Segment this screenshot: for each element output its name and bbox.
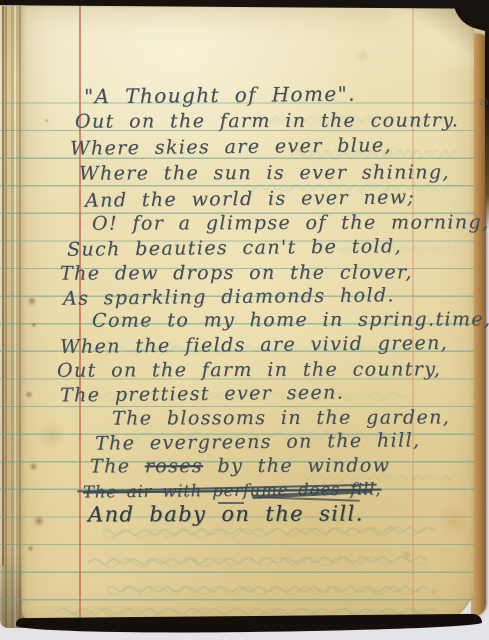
- stain-spot: [27, 545, 34, 552]
- poem-line: Out on the farm in the country.: [75, 110, 459, 132]
- poem-line: When the fields are vivid green,: [60, 333, 448, 358]
- poem-title: "A Thought of Home".: [84, 83, 356, 108]
- bleedthrough-script: [100, 582, 430, 595]
- poem-line: The blossoms in the garden,: [112, 407, 450, 429]
- stain-spot: [44, 118, 49, 123]
- struck-word: roses: [145, 455, 203, 477]
- stain-spot: [352, 48, 372, 64]
- notebook-photo: "A Thought of Home". Out on the farm in …: [0, 0, 489, 640]
- poem-line: Where the sun is ever shining,: [79, 162, 450, 184]
- poem-line: O! for a glimpse of the morning,: [92, 212, 489, 234]
- stain-spot: [31, 322, 37, 328]
- poem-line: And baby on the sill.: [88, 503, 364, 527]
- cover-right-sliver: [485, 0, 489, 230]
- stain-spot: [27, 296, 37, 306]
- book-cover-bottom-edge: [16, 614, 482, 634]
- poem-line: Out on the farm in the country,: [57, 359, 441, 381]
- poem-line: The evergreens on the hill,: [95, 430, 421, 454]
- red-margin-line: [79, 6, 81, 621]
- poem-line: Come to my home in spring.time,: [92, 309, 489, 331]
- stain-spot: [440, 500, 466, 540]
- stain-spot: [38, 418, 66, 452]
- stain-spot: [29, 462, 38, 471]
- poem-line-fragment: The: [90, 455, 145, 477]
- poem-line-fragment: by the window: [203, 454, 390, 477]
- poem-line: The dew drops on the clover,: [60, 262, 413, 284]
- stain-spot: [430, 588, 438, 595]
- poem-line: Such beauties can't be told,: [67, 236, 402, 260]
- poem-line: The prettiest ever seen.: [60, 383, 344, 407]
- poem-line: The roses by the window: [90, 455, 390, 477]
- poem-line: Where skies are ever blue,: [70, 135, 392, 159]
- poem-line: And the world is ever new;: [85, 187, 415, 211]
- stain-spot: [25, 390, 33, 399]
- poem-line: As sparkling diamonds hold.: [63, 285, 395, 309]
- adjacent-page-edge-mark: 20: [479, 99, 488, 108]
- stain-spot: [33, 515, 45, 527]
- underline-stroke: [218, 502, 244, 504]
